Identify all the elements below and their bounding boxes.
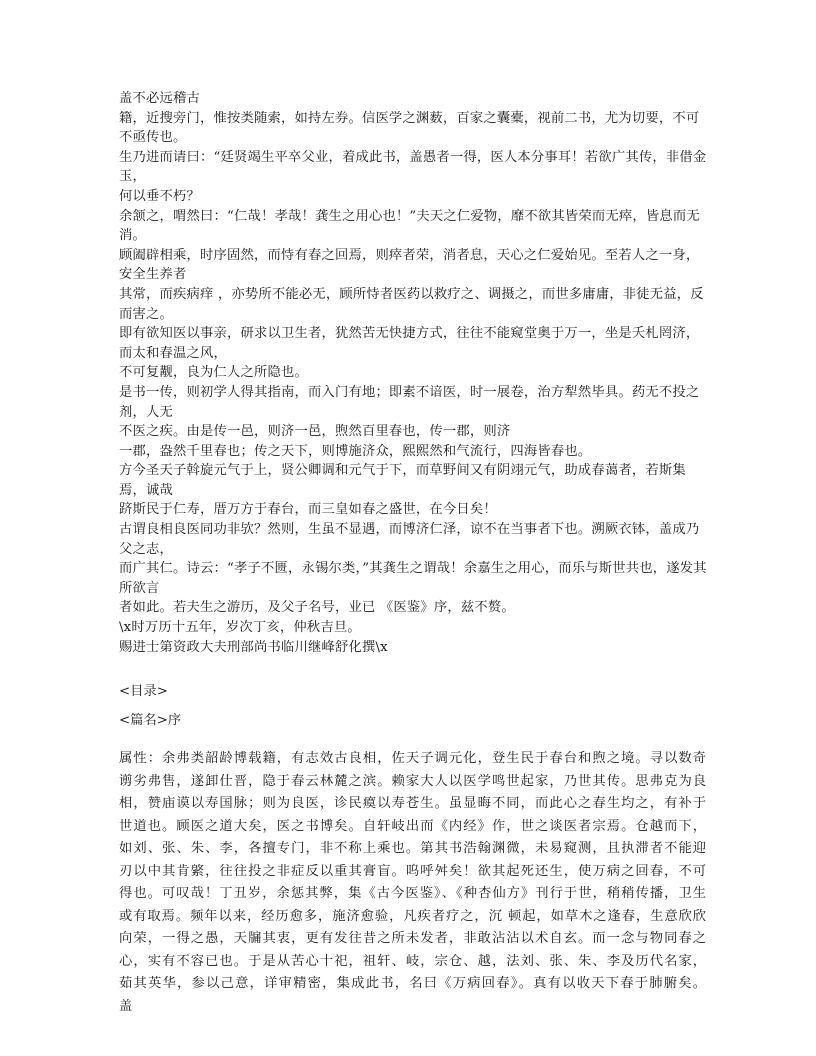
preface-paragraph: 一郡，盎然千里春也；传之天下，则博施济众，熙熙然和气流行，四海皆春也。 bbox=[119, 442, 707, 462]
preface-paragraph: 者如此。若夫生之游历，及父子名号，业已 《医鉴》序，兹不赘。 bbox=[119, 598, 707, 618]
preface-paragraph: 跻斯民于仁寿，厝万方于春台，而三皇如春之盛世，在今日矣！ bbox=[119, 500, 707, 520]
section-title: <篇名>序 bbox=[119, 711, 181, 730]
preface-paragraph: 不医之疾。由是传一邑，则济一邑，煦然百里春也，传一郡，则济 bbox=[119, 422, 707, 442]
preface-paragraph: 其常，而疾病痒 ，亦势所不能必无，顾所恃者医药以救疗之、调摄之，而世多庸庸，非徒… bbox=[119, 285, 707, 324]
preface-paragraph: 古谓良相良医同功非欤？然则，生虽不显遇，而博济仁泽，谅不在当事者下也。溯厥衣钵，… bbox=[119, 520, 707, 559]
preface-paragraph: 籍，近搜旁门，惟按类随索，如持左券。信医学之渊薮，百家之囊橐，视前二书，尤为切要… bbox=[119, 109, 707, 148]
preface-author-line: 赐进士第资政大夫刑部尚书临川继峰舒化撰\x bbox=[119, 638, 707, 658]
preface-paragraph: 顾阖辟相乘，时序固然，而恃有春之回焉，则瘁者荣，消者息，天心之仁爱始见。至若人之… bbox=[119, 246, 707, 285]
preface-paragraph: 不可复觏，良为仁人之所隐也。 bbox=[119, 363, 707, 383]
preface-text: 盖不必远稽古 籍，近搜旁门，惟按类随索，如持左券。信医学之渊薮，百家之囊橐，视前… bbox=[119, 89, 707, 657]
preface-paragraph: 即有欲知医以事亲，研求以卫生者，犹然苦无快捷方式，往往不能窥堂奥于万一，坐是夭札… bbox=[119, 324, 707, 363]
preface-paragraph: 何以垂不朽？ bbox=[119, 187, 707, 207]
preface-paragraph: 盖不必远稽古 bbox=[119, 89, 707, 109]
body-paragraph: 属性：余弗类韶龄博载籍，有志效古良相，佐天子调元化，登生民于春台和煦之境。寻以数… bbox=[119, 748, 707, 1018]
preface-paragraph: 方今圣天子斡旋元气于上，贤公卿调和元气于下，而草野间又有阴翊元气，助成春蔼者，若… bbox=[119, 461, 707, 500]
preface-paragraph: 生乃进而请曰：“廷贤竭生平卒父业，着成此书，盖愚者一得，医人本分事耳！若欲广其传… bbox=[119, 148, 707, 187]
toc-heading: <目录> bbox=[119, 682, 168, 701]
preface-paragraph: 而广其仁。诗云：“孝子不匮，永锡尔类，”其龚生之谓哉！余嘉生之用心，而乐与斯世共… bbox=[119, 559, 707, 598]
preface-paragraph: 余颔之，喟然曰：“仁哉！孝哉！龚生之用心也！”夫天之仁爱物，靡不欲其皆荣而无瘁，… bbox=[119, 207, 707, 246]
preface-paragraph: 是书一传，则初学人得其指南，而入门有地；即素不谙医，时一展卷，治方犁然毕具。药无… bbox=[119, 383, 707, 422]
preface-date-line: \x时万历十五年，岁次丁亥，仲秋吉旦。 bbox=[119, 618, 707, 638]
